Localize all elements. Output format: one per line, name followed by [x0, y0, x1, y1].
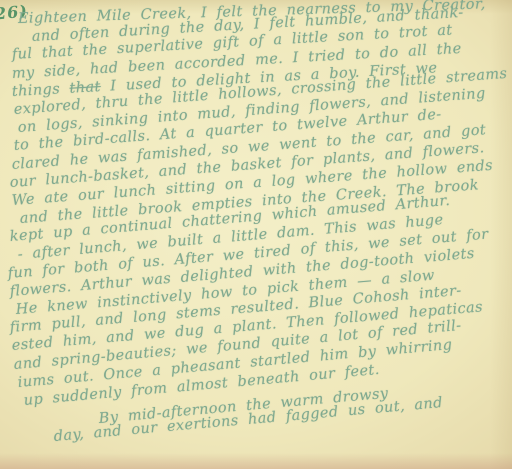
handwriting-lines: Eighteen Mile Creek, I felt the nearness…: [4, 10, 512, 447]
journal-page: 26) Eighteen Mile Creek, I felt the near…: [0, 0, 512, 469]
struck-word: that: [69, 79, 101, 97]
